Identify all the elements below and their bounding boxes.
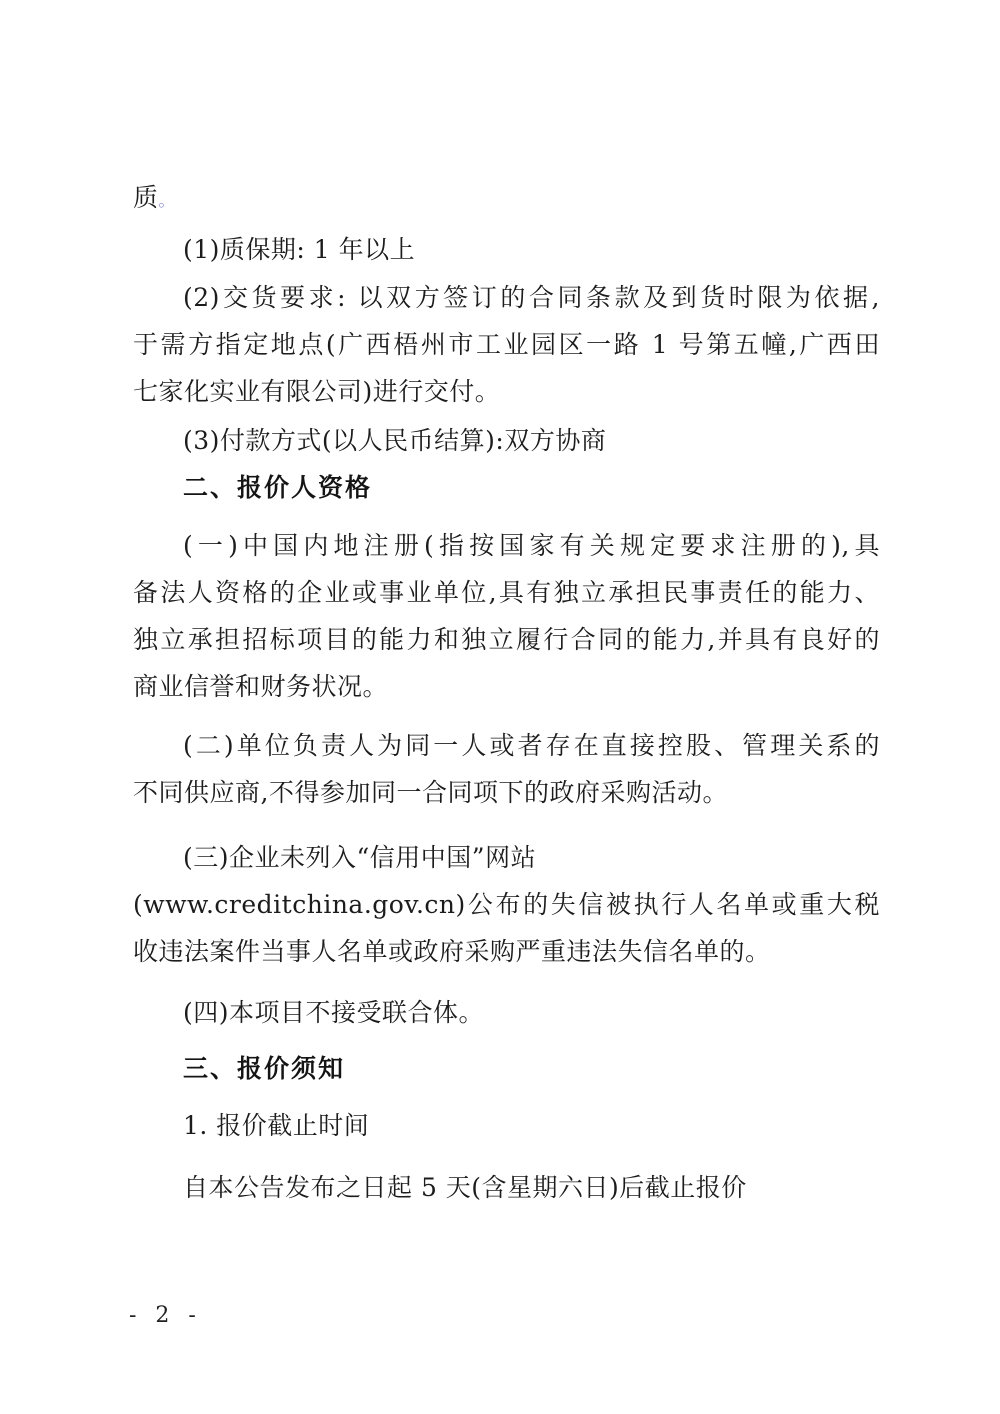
text-line: 备法人资格的企业或事业单位,具有独立承担民事责任的能力、 <box>133 569 880 616</box>
continuation-text: 质 <box>133 183 159 212</box>
text-line: (二)单位负责人为同一人或者存在直接控股、管理关系的 <box>133 722 880 769</box>
text-line: (三)企业未列入“信用中国”网站 <box>133 834 880 881</box>
text-line: 七家化实业有限公司)进行交付。 <box>133 368 880 415</box>
text-line: 独立承担招标项目的能力和独立履行合同的能力,并具有良好的 <box>133 616 880 663</box>
heading-text: 三、报价须知 <box>133 1045 880 1092</box>
paragraph-clause-2: (二)单位负责人为同一人或者存在直接控股、管理关系的 不同供应商,不得参加同一合… <box>133 722 880 816</box>
text-line: (四)本项目不接受联合体。 <box>133 989 880 1036</box>
paragraph-payment: (3)付款方式(以人民币结算):双方协商 <box>133 417 880 464</box>
text-line: 收违法案件当事人名单或政府采购严重违法失信名单的。 <box>133 928 880 975</box>
footer-page-number: - 2 - <box>129 1303 202 1328</box>
document-page: 质。 (1)质保期: 1 年以上 (2)交货要求: 以双方签订的合同条款及到货时… <box>0 0 1000 1414</box>
text-line: 1. 报价截止时间 <box>133 1102 880 1149</box>
heading-text: 二、报价人资格 <box>133 464 880 511</box>
text-line: (一)中国内地注册(指按国家有关规定要求注册的),具 <box>133 522 880 569</box>
paragraph-clause-4: (四)本项目不接受联合体。 <box>133 989 880 1036</box>
text-line: (1)质保期: 1 年以上 <box>133 226 880 273</box>
paragraph-deadline-detail: 自本公告发布之日起 5 天(含星期六日)后截止报价 <box>133 1164 880 1211</box>
paragraph-warranty: (1)质保期: 1 年以上 <box>133 226 880 273</box>
section-heading-bidder-qualification: 二、报价人资格 <box>133 464 880 511</box>
text-line: 自本公告发布之日起 5 天(含星期六日)后截止报价 <box>133 1164 880 1211</box>
section-heading-quotation-notice: 三、报价须知 <box>133 1045 880 1092</box>
text-line: 不同供应商,不得参加同一合同项下的政府采购活动。 <box>133 769 880 816</box>
revision-period-mark: 。 <box>159 191 176 210</box>
text-line: 商业信誉和财务状况。 <box>133 663 880 710</box>
paragraph-quality-continuation: 质。 <box>133 174 880 221</box>
subheading-deadline: 1. 报价截止时间 <box>133 1102 880 1149</box>
text-line: 质。 <box>133 174 880 221</box>
paragraph-clause-3: (三)企业未列入“信用中国”网站 (www.creditchina.gov.cn… <box>133 834 880 975</box>
document-body: 质。 (1)质保期: 1 年以上 (2)交货要求: 以双方签订的合同条款及到货时… <box>133 174 880 1211</box>
text-line-with-url: (www.creditchina.gov.cn)公布的失信被执行人名单或重大税 <box>133 881 880 928</box>
text-line: 于需方指定地点(广西梧州市工业园区一路 1 号第五幢,广西田 <box>133 321 880 368</box>
text-line: (2)交货要求: 以双方签订的合同条款及到货时限为依据, <box>133 274 880 321</box>
paragraph-delivery: (2)交货要求: 以双方签订的合同条款及到货时限为依据, 于需方指定地点(广西梧… <box>133 274 880 415</box>
text-line: (3)付款方式(以人民币结算):双方协商 <box>133 417 880 464</box>
paragraph-clause-1: (一)中国内地注册(指按国家有关规定要求注册的),具 备法人资格的企业或事业单位… <box>133 522 880 710</box>
